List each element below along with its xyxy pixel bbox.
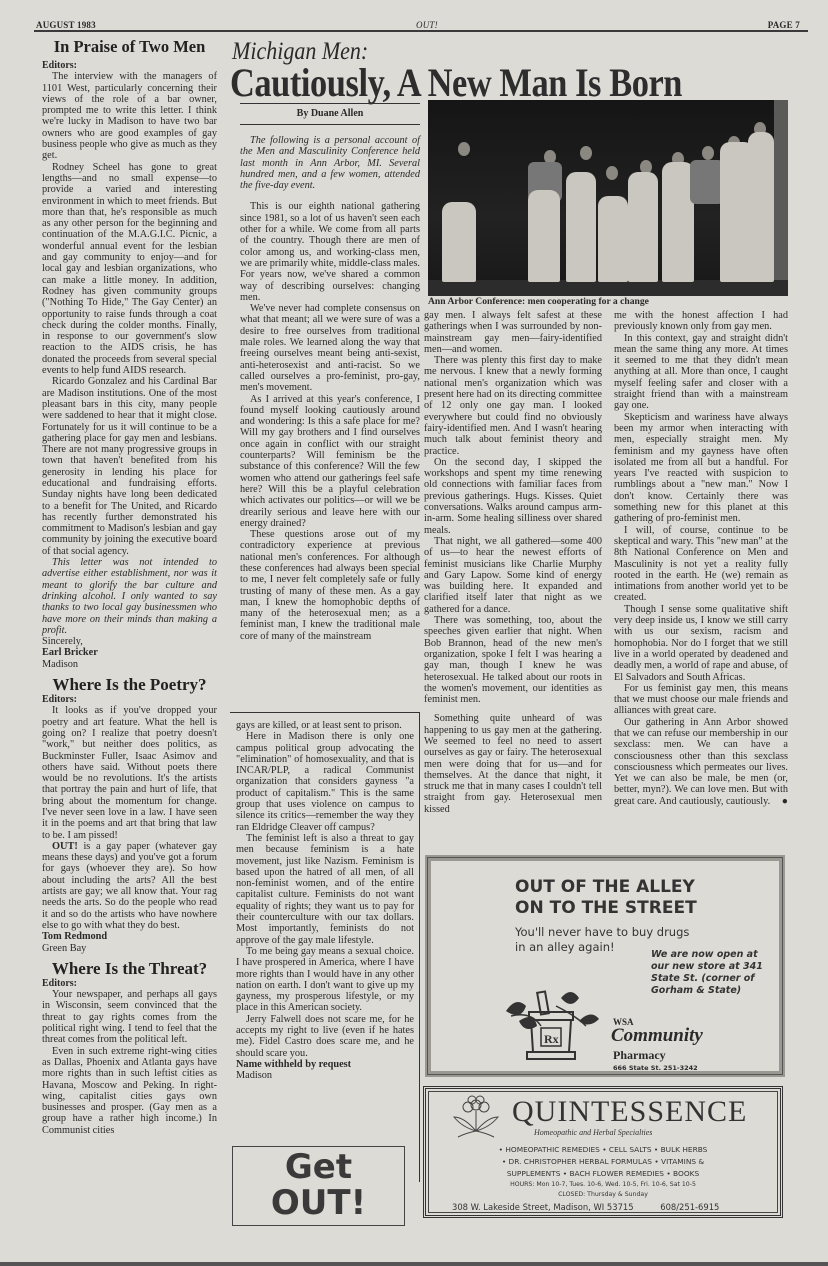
letter-paragraph: OUT! is a gay paper (whatever gay means …	[42, 841, 217, 931]
letter-paragraph: The feminist left is also a threat to ga…	[236, 833, 414, 946]
store-phone: 608/251-6915	[660, 1202, 719, 1212]
letter-author: Earl Bricker	[42, 647, 217, 658]
house-ad-line: Get	[233, 1149, 404, 1185]
store-address: 308 W. Lakeside Street, Madison, WI 5371…	[452, 1202, 634, 1212]
article-paragraph: That night, we all gathered—some 400 of …	[424, 536, 602, 615]
letter-title: In Praise of Two Men	[42, 38, 217, 56]
article-paragraph: In this context, gay and straight didn't…	[614, 333, 788, 412]
letter-salutation: Editors:	[42, 978, 217, 989]
store-offerings: • HOMEOPATHIC REMEDIES • CELL SALTS • BU…	[426, 1144, 780, 1200]
article-paragraph: me with the honest affection I had previ…	[614, 310, 788, 333]
article-paragraph: Something quite unheard of was happening…	[424, 713, 602, 815]
page-number: PAGE 7	[768, 20, 800, 30]
letter-paragraph: Jerry Falwell does not scare me, for he …	[236, 1014, 414, 1059]
article-paragraph: gay men. I always felt safest at these g…	[424, 310, 602, 355]
article-column-1: The following is a personal account of t…	[240, 135, 420, 642]
pharmacy-type: Pharmacy	[613, 1048, 666, 1063]
letter-paragraph: It looks as if you've dropped your poetr…	[42, 705, 217, 841]
pharmacy-address: 666 State St. 251-3242	[613, 1064, 698, 1072]
article-paragraph: This is our eighth national gathering si…	[240, 201, 420, 303]
article-column-2: gay men. I always felt safest at these g…	[424, 310, 602, 815]
letter-paragraph: Even in such extreme right-wing cities a…	[42, 1046, 217, 1136]
letter-closing: Sincerely,	[42, 636, 217, 647]
article-column-3: me with the honest affection I had previ…	[614, 310, 788, 807]
bottom-edge	[0, 1262, 828, 1266]
article-paragraph: Our gathering in Ann Arbor showed that w…	[614, 717, 788, 807]
letter-paragraph: Here in Madison there is only one campus…	[236, 731, 414, 833]
letter-paragraph: To me being gay means a sexual choice. I…	[236, 946, 414, 1014]
ad-notice: We are now open at our new store at 341 …	[651, 949, 763, 997]
svg-text:Rx: Rx	[544, 1032, 559, 1046]
letter-location: Madison	[236, 1070, 414, 1081]
header-rule	[34, 30, 808, 32]
store-tagline: Homeopathic and Herbal Specialties	[534, 1128, 652, 1137]
pharmacy-ad: OUT OF THE ALLEY ON TO THE STREET You'll…	[425, 855, 785, 1077]
letter-location: Madison	[42, 659, 217, 670]
end-mark-icon: ●	[772, 796, 788, 807]
article-paragraph: There was something, too, about the spee…	[424, 615, 602, 705]
byline: By Duane Allen	[240, 103, 420, 125]
letter-paragraph: The interview with the managers of 1101 …	[42, 71, 217, 161]
article-paragraph: As I arrived at this year's conference, …	[240, 394, 420, 530]
conference-photo	[428, 100, 788, 296]
article-paragraph: For us feminist gay men, this means that…	[614, 683, 788, 717]
mortar-pestle-icon: Rx	[501, 986, 601, 1066]
letter-paragraph: Ricardo Gonzalez and his Cardinal Bar ar…	[42, 376, 217, 557]
store-name: QUINTESSENCE	[512, 1095, 747, 1129]
letter-salutation: Editors:	[42, 60, 217, 71]
article-intro: The following is a personal account of t…	[240, 135, 420, 191]
letter-continuation: gays are killed, or at least sent to pri…	[236, 720, 414, 1082]
quintessence-ad: QUINTESSENCE Homeopathic and Herbal Spec…	[423, 1086, 783, 1218]
letters-column: In Praise of Two Men Editors: The interv…	[42, 38, 217, 1136]
letter-paragraph: gays are killed, or at least sent to pri…	[236, 720, 414, 731]
article-paragraph: I will, of course, continue to be skepti…	[614, 525, 788, 604]
newspaper-page: AUGUST 1983 OUT! PAGE 7 In Praise of Two…	[0, 0, 828, 1266]
letter-paragraph: Your newspaper, and perhaps all gays in …	[42, 989, 217, 1045]
letter-title: Where Is the Poetry?	[42, 676, 217, 694]
article-paragraph: Skepticism and wariness have always been…	[614, 412, 788, 525]
store-contact: 308 W. Lakeside Street, Madison, WI 5371…	[452, 1202, 719, 1212]
letter-author: Tom Redmond	[42, 931, 217, 942]
article-headline: Cautiously, A New Man Is Born	[230, 62, 682, 104]
letter-location: Green Bay	[42, 943, 217, 954]
house-ad-line: OUT!	[233, 1185, 404, 1221]
flower-logo-icon	[448, 1095, 504, 1139]
publication-name: OUT!	[416, 20, 438, 30]
letter-paragraph: Rodney Scheel has gone to great lengths—…	[42, 162, 217, 377]
pharmacy-name: Community	[611, 1025, 703, 1047]
article-paragraph: We've never had complete consensus on wh…	[240, 303, 420, 393]
ad-headline: OUT OF THE ALLEY ON TO THE STREET	[515, 877, 697, 919]
photo-caption: Ann Arbor Conference: men cooperating fo…	[428, 296, 649, 307]
article-paragraph: On the second day, I skipped the worksho…	[424, 457, 602, 536]
article-paragraph: There was plenty this first day to make …	[424, 355, 602, 457]
letter-paragraph: This letter was not intended to advertis…	[42, 557, 217, 636]
article-paragraph: These questions arose out of my contradi…	[240, 529, 420, 642]
letter-title: Where Is the Threat?	[42, 960, 217, 978]
bold-out: OUT!	[52, 841, 78, 852]
issue-date: AUGUST 1983	[36, 20, 96, 30]
letter-salutation: Editors:	[42, 694, 217, 705]
article-paragraph: Though I sense some qualitative shift ve…	[614, 604, 788, 683]
letter-author: Name withheld by request	[236, 1059, 414, 1070]
get-out-house-ad: Get OUT!	[232, 1146, 405, 1226]
